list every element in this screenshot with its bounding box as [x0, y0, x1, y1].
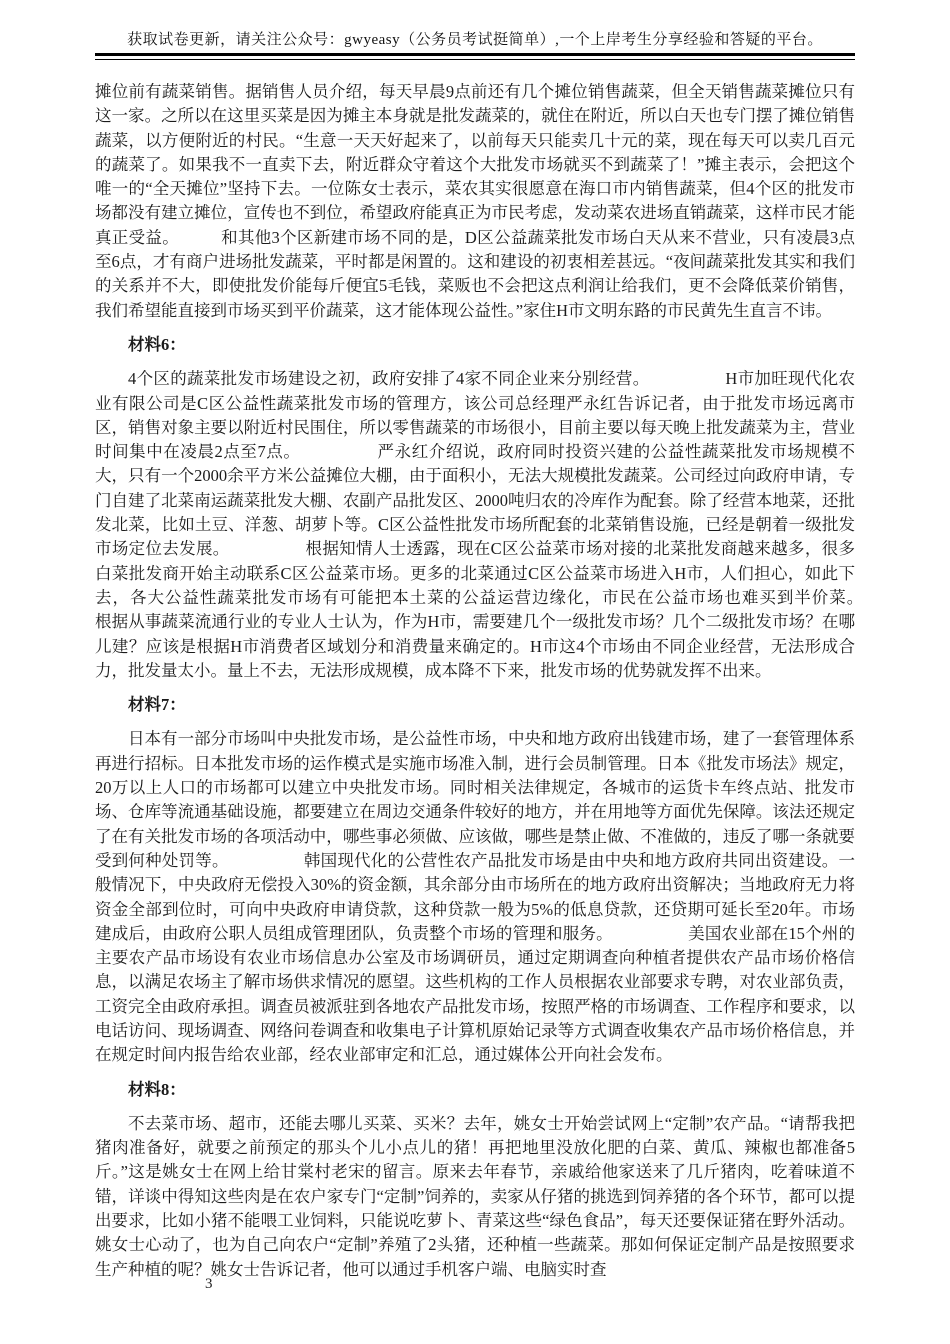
paragraph-material-7: 日本有一部分市场叫中央批发市场，是公益性市场，中央和地方政府出钱建市场，建了一套… — [95, 727, 855, 1067]
paragraph-material5-continuation: 摊位前有蔬菜销售。据销售人员介绍，每天早晨9点前还有几个摊位销售蔬菜，但全天销售… — [95, 80, 855, 323]
page-header: 获取试卷更新，请关注公众号：gwyeasy（公务员考试挺简单）,一个上岸考生分享… — [0, 0, 950, 60]
document-page: 获取试卷更新，请关注公众号：gwyeasy（公务员考试挺简单）,一个上岸考生分享… — [0, 0, 950, 1344]
document-content: 摊位前有蔬菜销售。据销售人员介绍，每天早晨9点前还有几个摊位销售蔬菜，但全天销售… — [95, 60, 855, 1282]
paragraph-material-6: 4个区的蔬菜批发市场建设之初，政府安排了4家不同企业来分别经营。 H市加旺现代化… — [95, 367, 855, 683]
page-number: 3 — [205, 1276, 213, 1293]
header-notice: 获取试卷更新，请关注公众号：gwyeasy（公务员考试挺简单）,一个上岸考生分享… — [0, 30, 950, 50]
paragraph-material-8: 不去菜市场、超市，还能去哪儿买菜、买米？去年，姚女士开始尝试网上“定制”农产品。… — [95, 1112, 855, 1282]
header-divider — [95, 53, 855, 60]
heading-material-8: 材料8： — [95, 1078, 855, 1102]
heading-material-7: 材料7： — [95, 693, 855, 717]
heading-material-6: 材料6： — [95, 333, 855, 357]
